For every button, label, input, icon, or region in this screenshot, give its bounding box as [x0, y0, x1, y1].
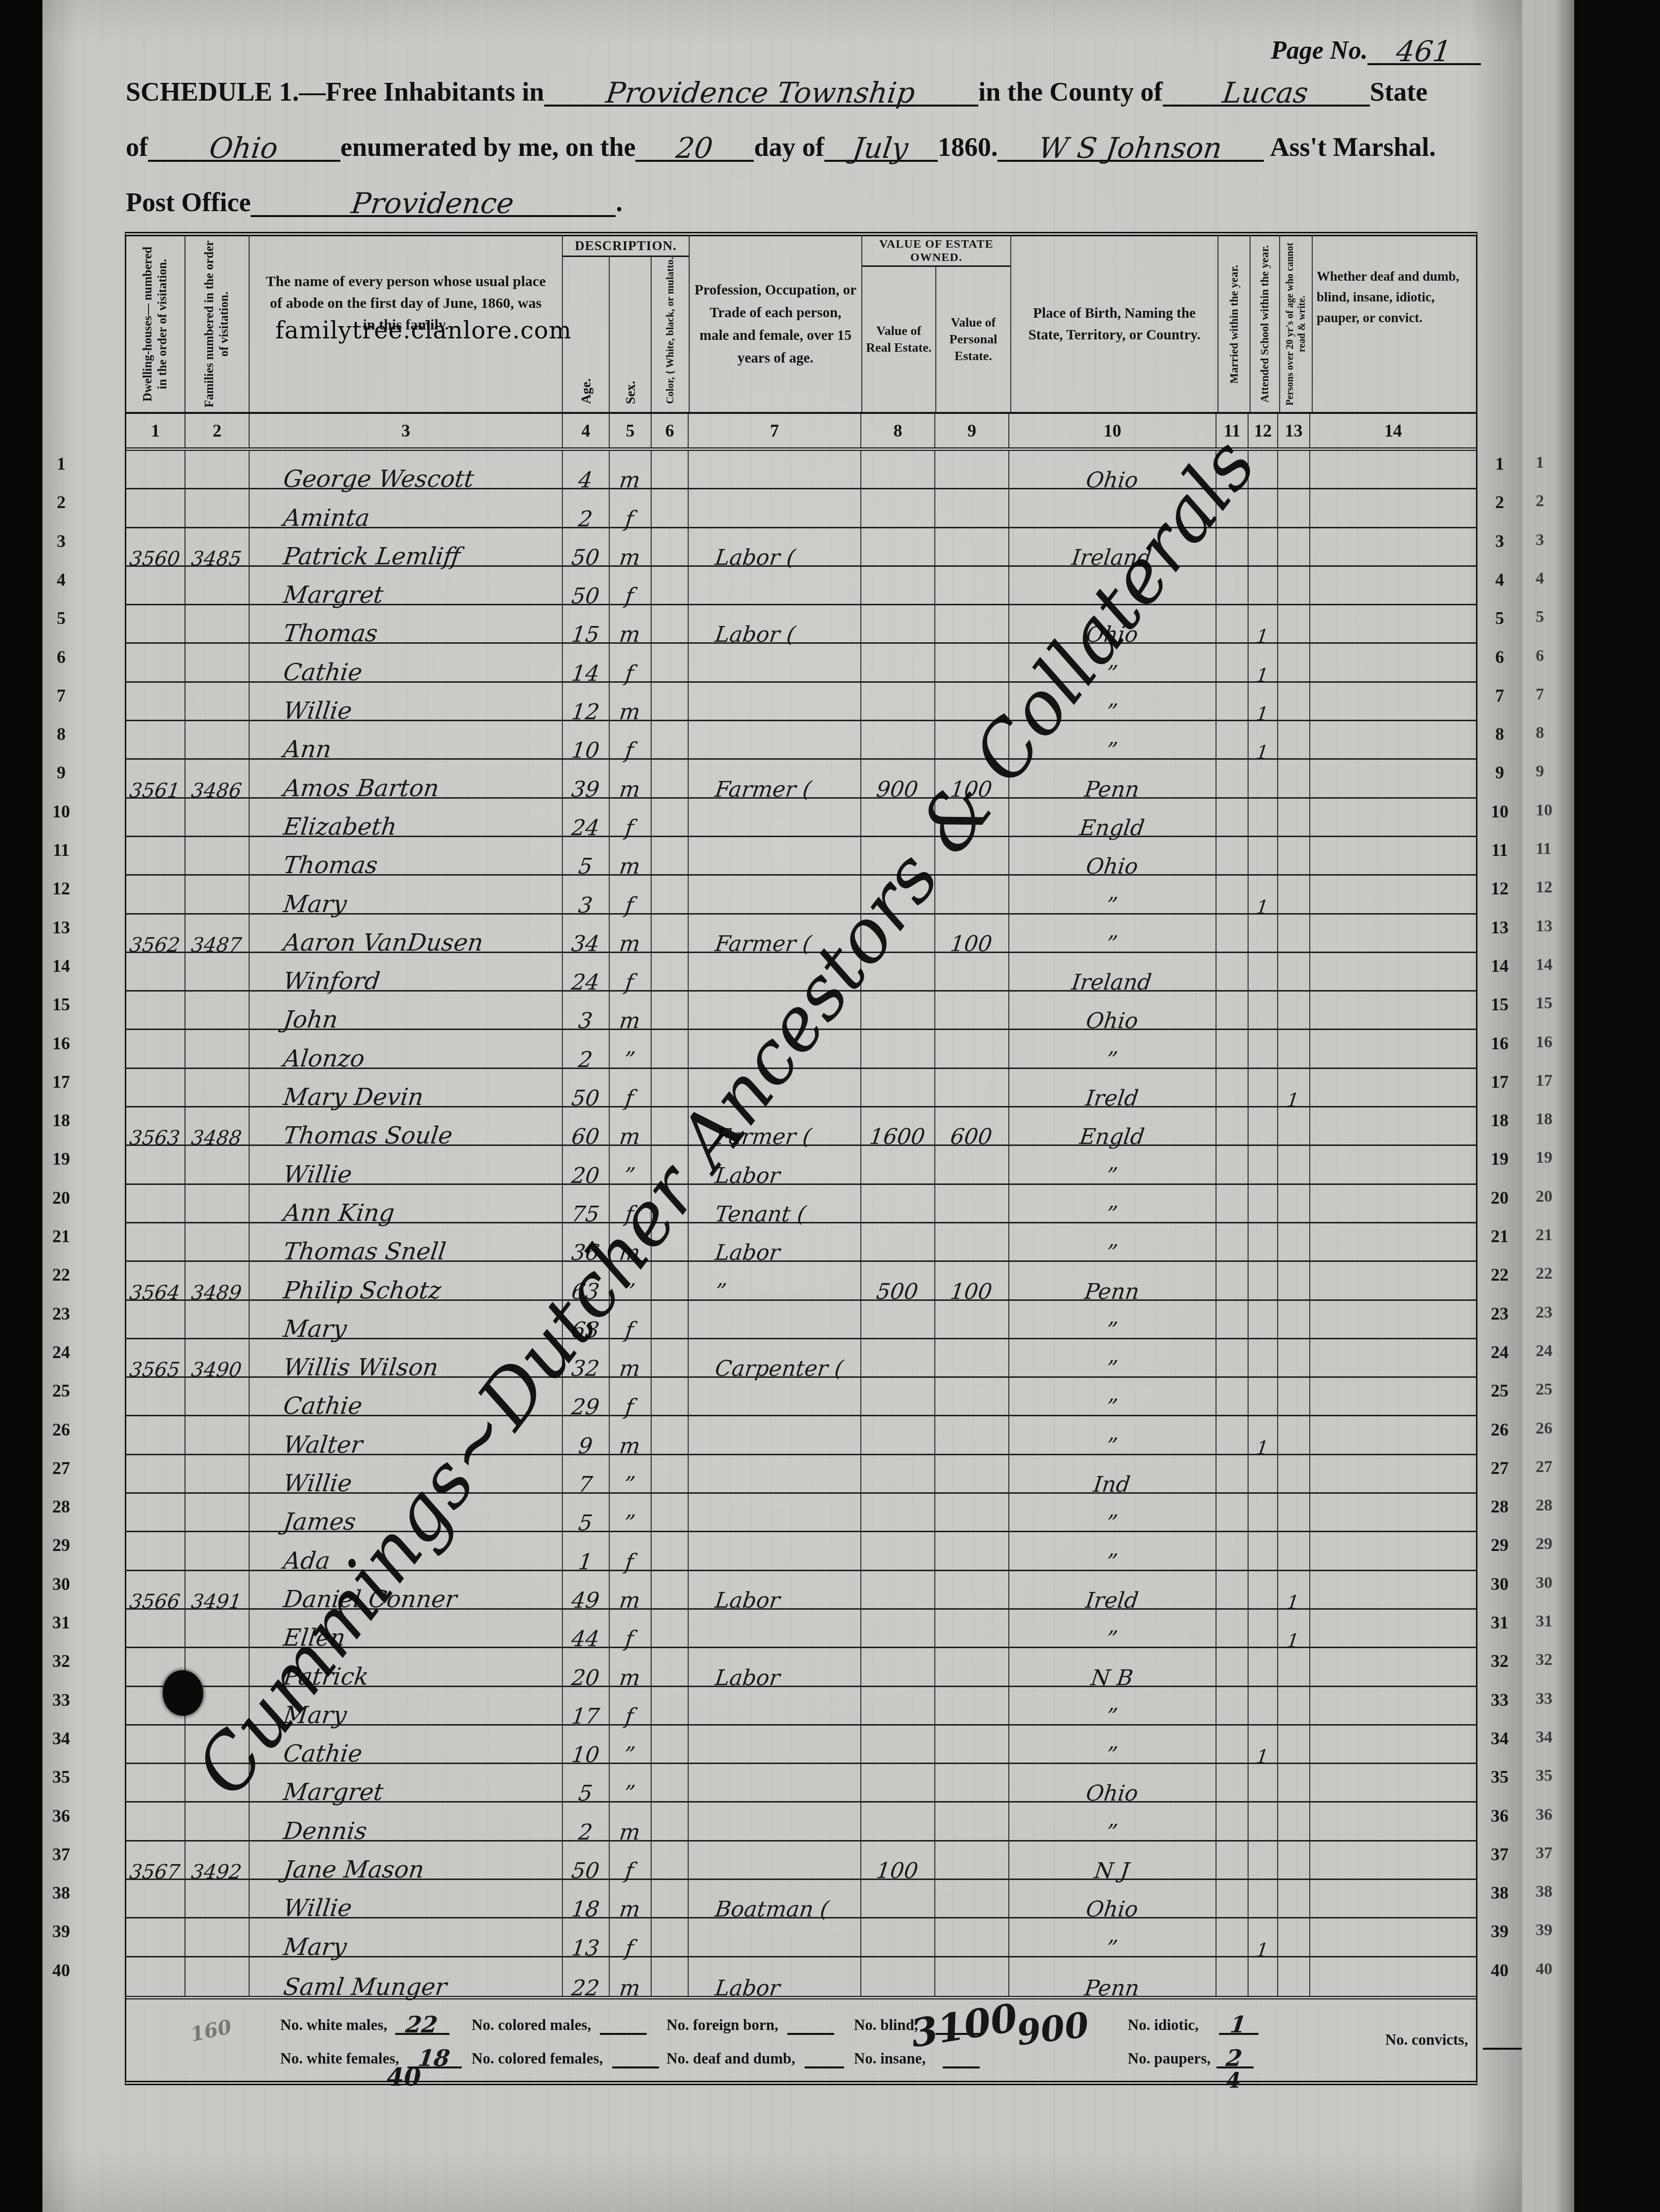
- table-row: Elizabeth24fEngld: [126, 799, 1476, 837]
- state-value: Ohio: [207, 131, 280, 165]
- cell-re: [861, 489, 935, 526]
- cell-sex: m: [610, 1880, 652, 1917]
- description-group-body: Age. Sex. Color, { White, black, or mula…: [563, 257, 689, 412]
- row-number: 40: [1485, 1960, 1514, 1981]
- cell-r: [1278, 605, 1310, 642]
- handwritten-name: Thomas Snell: [282, 1238, 447, 1265]
- cell-rem: [1310, 528, 1476, 565]
- value-group-title: VALUE OF ESTATE OWNED.: [862, 236, 1010, 267]
- row-number: 4: [1536, 569, 1565, 588]
- cell-re: [861, 1648, 935, 1685]
- idiotic-blank: 1: [1219, 2012, 1258, 2035]
- cell-f: 3490: [185, 1339, 250, 1376]
- cell-color: [652, 1842, 689, 1879]
- table-row: Willie7”Ind: [126, 1455, 1476, 1494]
- cell-sex: m: [610, 915, 652, 952]
- cell-rem: [1310, 451, 1476, 488]
- cell-pe: [935, 1494, 1009, 1531]
- cell-rem: [1310, 992, 1476, 1029]
- cell-f: [185, 953, 250, 990]
- cell-birth: ”: [1009, 1223, 1217, 1260]
- row-number: 10: [1485, 801, 1514, 822]
- cell-color: [652, 683, 689, 720]
- row-number: 29: [46, 1535, 76, 1555]
- header-description-group: DESCRIPTION. Age. Sex. Color, { White, b…: [563, 236, 690, 412]
- cell-r: [1278, 1339, 1310, 1376]
- cell-rem: [1310, 1687, 1476, 1724]
- cell-age: 50: [563, 1842, 610, 1879]
- cell-f: [185, 1030, 250, 1067]
- cell-sex: m: [610, 760, 652, 797]
- row-number: 25: [46, 1380, 76, 1401]
- cell-occ: Carpenter (: [689, 1339, 861, 1376]
- cell-s: [1249, 1764, 1278, 1801]
- cell-re: 500: [861, 1262, 935, 1299]
- row-number: 36: [1536, 1806, 1565, 1824]
- cell-f: 3488: [185, 1107, 250, 1144]
- cell-s: [1249, 953, 1278, 990]
- header-sex: Sex.: [610, 257, 652, 412]
- cell-sex: ”: [610, 1726, 652, 1763]
- row-number: 1: [1536, 453, 1565, 472]
- table-row: Willie18mBoatman (Ohio: [126, 1880, 1476, 1918]
- row-number: 13: [1536, 917, 1565, 936]
- row-number: 3: [1536, 531, 1565, 550]
- paupers-label: No. paupers,: [1128, 2050, 1211, 2067]
- cell-d: 3560: [126, 528, 185, 565]
- cell-name: Cathie: [250, 644, 563, 681]
- table-row: Saml Munger22mLaborPenn: [126, 1957, 1476, 1996]
- header-school-label: Attended School within the year.: [1257, 245, 1272, 403]
- cell-birth: Ireld: [1009, 1069, 1217, 1106]
- row-number: 38: [46, 1882, 76, 1903]
- header-read-write-label: Persons over 20 yr's of age who cannot r…: [1284, 240, 1308, 408]
- cell-name: Patrick Lemliff: [250, 528, 563, 565]
- cell-m: [1217, 1880, 1249, 1917]
- cell-sex: f: [610, 876, 652, 913]
- cell-r: [1278, 876, 1310, 913]
- table-footer: No. white males, 22 No. colored males, N…: [126, 1996, 1476, 2081]
- cell-f: [185, 1610, 250, 1647]
- cell-d: [126, 1223, 185, 1260]
- cell-color: [652, 1687, 689, 1724]
- cell-s: [1249, 1803, 1278, 1840]
- cell-s: 1: [1249, 1416, 1278, 1453]
- handwritten-name: Aminta: [282, 504, 371, 532]
- cell-pe: [935, 451, 1009, 488]
- cell-pe: [935, 1880, 1009, 1917]
- cell-rem: [1310, 1262, 1476, 1299]
- cell-s: [1249, 567, 1278, 604]
- cell-m: [1217, 1610, 1249, 1647]
- header-personal-estate: Value of Personal Estate.: [936, 267, 1010, 412]
- marshal-signature: W S Johnson: [1036, 131, 1223, 165]
- cell-birth: Penn: [1009, 1262, 1217, 1299]
- idiotic-mark: 1: [1228, 2011, 1248, 2038]
- page-number-block: Page No. 461: [1271, 31, 1481, 65]
- cell-r: [1278, 1494, 1310, 1531]
- cell-age: 50: [563, 528, 610, 565]
- cell-sex: f: [610, 953, 652, 990]
- header-birth: Place of Birth, Naming the State, Territ…: [1011, 236, 1218, 412]
- row-number: 27: [46, 1458, 76, 1478]
- cell-m: [1217, 1185, 1249, 1222]
- cell-s: [1249, 915, 1278, 952]
- cell-color: [652, 760, 689, 797]
- cell-color: [652, 1532, 689, 1569]
- cell-color: [652, 1803, 689, 1840]
- cell-rem: [1310, 1610, 1476, 1647]
- header-color-label: Color, { White, black, or mulatto.: [664, 257, 676, 404]
- cell-s: [1249, 760, 1278, 797]
- cell-m: [1217, 799, 1249, 836]
- cell-d: 3564: [126, 1262, 185, 1299]
- cell-r: [1278, 1146, 1310, 1183]
- cell-rem: [1310, 1378, 1476, 1415]
- deaf-dumb-blank: [805, 2046, 844, 2068]
- cell-s: [1249, 992, 1278, 1029]
- handwritten-name: Elizabeth: [282, 813, 398, 841]
- row-number: 19: [46, 1148, 76, 1169]
- of-word: of: [126, 132, 148, 162]
- cell-color: [652, 953, 689, 990]
- cell-pe: [935, 1726, 1009, 1763]
- cell-r: [1278, 915, 1310, 952]
- column-number: 10: [1009, 414, 1217, 447]
- cell-r: [1278, 953, 1310, 990]
- cell-age: 39: [563, 760, 610, 797]
- table-row: Margret5”Ohio: [126, 1764, 1476, 1803]
- row-number: 21: [1536, 1226, 1565, 1245]
- row-number: 4: [1485, 569, 1514, 590]
- handwritten-name: Ann: [282, 736, 332, 763]
- row-number: 26: [1485, 1419, 1514, 1440]
- handwritten-name: Mary: [282, 890, 348, 918]
- table-row: Mary3f”1: [126, 876, 1476, 914]
- cell-r: [1278, 683, 1310, 720]
- extra-mark: 4: [1226, 2068, 1241, 2093]
- cell-re: [861, 1455, 935, 1492]
- cell-birth: Ireld: [1009, 1571, 1217, 1608]
- cell-pe: [935, 567, 1009, 604]
- cell-re: [861, 1764, 935, 1801]
- white-males-blank: 22: [395, 2012, 449, 2035]
- header-school: Attended School within the year.: [1251, 236, 1280, 412]
- adjacent-page-edge: 1234567891011121314151617181920212223242…: [1522, 0, 1577, 2212]
- cell-name: Alonzo: [250, 1030, 563, 1067]
- cell-birth: ”: [1009, 1803, 1217, 1840]
- cell-age: 2: [563, 1030, 610, 1067]
- cell-r: [1278, 567, 1310, 604]
- idiotic-label: No. idiotic,: [1128, 2016, 1199, 2034]
- cell-rem: [1310, 1146, 1476, 1183]
- row-number: 22: [1485, 1264, 1514, 1285]
- marshal-signature-blank: W S Johnson: [997, 129, 1264, 162]
- cell-s: [1249, 1532, 1278, 1569]
- cell-occ: [689, 1726, 861, 1763]
- colored-females-label: No. colored females,: [472, 2050, 603, 2067]
- cell-color: [652, 1957, 689, 1996]
- county-label: in the County of: [978, 77, 1163, 107]
- cell-m: [1217, 1339, 1249, 1376]
- cell-d: [126, 644, 185, 681]
- cell-sex: m: [610, 1416, 652, 1453]
- row-number: 28: [46, 1496, 76, 1517]
- cell-r: [1278, 1648, 1310, 1685]
- cell-pe: 100: [935, 915, 1009, 952]
- handwritten-name: Winford: [282, 967, 381, 995]
- cell-f: [185, 1146, 250, 1183]
- cell-f: [185, 1918, 250, 1955]
- row-number: 31: [1536, 1612, 1565, 1631]
- cell-f: [185, 837, 250, 874]
- paupers-mark: 2: [1225, 2045, 1244, 2071]
- cell-name: Mary: [250, 876, 563, 913]
- cell-age: 20: [563, 1146, 610, 1183]
- cell-s: [1249, 1301, 1278, 1338]
- cell-age: 10: [563, 1726, 610, 1763]
- row-number: 10: [46, 801, 76, 822]
- cell-sex: f: [610, 1069, 652, 1106]
- cell-name: Ann King: [250, 1185, 563, 1222]
- schedule-title: SCHEDULE 1.—Free Inhabitants in: [126, 77, 544, 107]
- row-number: 8: [46, 724, 76, 744]
- cell-age: 50: [563, 1069, 610, 1106]
- table-body: George Wescott4mOhioAminta2f35603485Patr…: [126, 451, 1476, 1996]
- cell-age: 2: [563, 489, 610, 526]
- cell-color: [652, 1571, 689, 1608]
- row-number: 9: [1536, 762, 1565, 781]
- column-number: 13: [1278, 414, 1310, 447]
- cell-birth: Ind: [1009, 1455, 1217, 1492]
- cell-f: [185, 1301, 250, 1338]
- row-number: 30: [1485, 1574, 1514, 1594]
- cell-name: Ann: [250, 721, 563, 758]
- row-number: 13: [1485, 917, 1514, 938]
- cell-r: [1278, 489, 1310, 526]
- cell-occ: Farmer (: [689, 760, 861, 797]
- cell-m: [1217, 721, 1249, 758]
- cell-s: 1: [1249, 683, 1278, 720]
- handwritten-name: Mary: [282, 1933, 348, 1961]
- cell-d: [126, 1378, 185, 1415]
- cell-rem: [1310, 1494, 1476, 1531]
- value-group-body: Value of Real Estate. Value of Personal …: [862, 267, 1010, 412]
- cell-m: [1217, 1957, 1249, 1996]
- cell-sex: m: [610, 1957, 652, 1996]
- pencil-mark: 160: [188, 2015, 233, 2046]
- cell-d: [126, 837, 185, 874]
- row-number: 39: [1536, 1921, 1565, 1940]
- cell-sex: f: [610, 1918, 652, 1955]
- cell-s: [1249, 1957, 1278, 1996]
- row-number: 35: [46, 1767, 76, 1787]
- cell-pe: [935, 528, 1009, 565]
- cell-d: [126, 1494, 185, 1531]
- day-blank: 20: [635, 129, 754, 162]
- cell-pe: [935, 1069, 1009, 1106]
- cell-rem: [1310, 876, 1476, 913]
- cell-color: [652, 489, 689, 526]
- cell-age: 15: [563, 605, 610, 642]
- cell-age: 10: [563, 721, 610, 758]
- cell-r: [1278, 528, 1310, 565]
- cell-color: [652, 605, 689, 642]
- cell-re: [861, 1223, 935, 1260]
- row-number: 2: [1536, 492, 1565, 511]
- white-females-label: No. white females,: [280, 2050, 399, 2067]
- cell-pe: [935, 1687, 1009, 1724]
- cell-s: 1: [1249, 644, 1278, 681]
- cell-occ: [689, 683, 861, 720]
- convicts-blank: [1483, 2027, 1522, 2050]
- cell-pe: [935, 644, 1009, 681]
- cell-rem: [1310, 760, 1476, 797]
- cell-re: [861, 1610, 935, 1647]
- cell-birth: Engld: [1009, 1107, 1217, 1144]
- cell-age: 14: [563, 644, 610, 681]
- cell-f: [185, 1185, 250, 1222]
- row-number: 2: [46, 492, 76, 513]
- row-number: 23: [46, 1303, 76, 1324]
- cell-f: [185, 992, 250, 1029]
- row-number: 24: [1485, 1342, 1514, 1363]
- cell-birth: ”: [1009, 1726, 1217, 1763]
- cell-occ: Labor: [689, 1571, 861, 1608]
- cell-occ: Labor: [689, 1957, 861, 1996]
- handwritten-name: Margret: [282, 581, 385, 609]
- cell-r: [1278, 1378, 1310, 1415]
- cell-re: [861, 1494, 935, 1531]
- cell-pe: [935, 1301, 1009, 1338]
- cell-rem: [1310, 1957, 1476, 1996]
- cell-m: [1217, 1726, 1249, 1763]
- post-office-value: Providence: [350, 186, 516, 220]
- cell-name: Margret: [250, 567, 563, 604]
- cell-age: 2: [563, 1803, 610, 1840]
- census-page: Page No. 461 SCHEDULE 1.—Free Inhabitant…: [42, 0, 1522, 2212]
- cell-name: Saml Munger: [250, 1957, 563, 1996]
- cell-age: 17: [563, 1687, 610, 1724]
- cell-occ: [689, 567, 861, 604]
- cell-rem: [1310, 1030, 1476, 1067]
- cell-name: Thomas: [250, 837, 563, 874]
- header-profession: Profession, Occupation, or Trade of each…: [690, 236, 862, 412]
- cell-d: [126, 953, 185, 990]
- row-number: 7: [46, 685, 76, 706]
- cell-r: [1278, 1764, 1310, 1801]
- row-number: 20: [46, 1187, 76, 1208]
- cell-rem: [1310, 1842, 1476, 1879]
- cell-color: [652, 1339, 689, 1376]
- cell-birth: ”: [1009, 1378, 1217, 1415]
- cell-color: [652, 528, 689, 565]
- handwritten-name: John: [282, 1006, 339, 1033]
- table-row: 35673492Jane Mason50f100N J: [126, 1842, 1476, 1880]
- cell-f: [185, 683, 250, 720]
- handwritten-name: Willis Wilson: [282, 1354, 440, 1381]
- cell-birth: ”: [1009, 1416, 1217, 1453]
- cell-f: [185, 1957, 250, 1996]
- cell-re: [861, 1301, 935, 1338]
- cell-r: [1278, 760, 1310, 797]
- cell-m: [1217, 644, 1249, 681]
- row-number: 2: [1485, 492, 1514, 513]
- header-age-label: Age.: [579, 378, 593, 404]
- cell-rem: [1310, 1571, 1476, 1608]
- township-value: Providence Township: [604, 76, 917, 110]
- cell-rem: [1310, 1069, 1476, 1106]
- cell-age: 49: [563, 1571, 610, 1608]
- cell-d: [126, 567, 185, 604]
- cell-m: [1217, 876, 1249, 913]
- handwritten-name: Cathie: [282, 659, 364, 686]
- cell-rem: [1310, 1339, 1476, 1376]
- cell-age: 60: [563, 1107, 610, 1144]
- row-number: 1: [1485, 453, 1514, 474]
- handwritten-name: Dennis: [282, 1817, 369, 1845]
- cell-sex: m: [610, 683, 652, 720]
- cell-r: 1: [1278, 1069, 1310, 1106]
- enumeration-line: of Ohio enumerated by me, on the 20 day …: [126, 129, 1436, 162]
- cell-m: [1217, 1842, 1249, 1879]
- cell-re: [861, 1339, 935, 1376]
- cell-r: [1278, 1803, 1310, 1840]
- cell-pe: [935, 1842, 1009, 1879]
- cell-s: [1249, 1610, 1278, 1647]
- cell-d: [126, 683, 185, 720]
- row-number: 11: [1536, 840, 1565, 858]
- cell-r: [1278, 1880, 1310, 1917]
- cell-sex: f: [610, 644, 652, 681]
- cell-d: [126, 451, 185, 488]
- row-number: 22: [1536, 1264, 1565, 1283]
- cell-pe: [935, 1764, 1009, 1801]
- cell-name: Thomas: [250, 605, 563, 642]
- post-office-label: Post Office: [126, 187, 251, 217]
- cell-occ: [689, 1842, 861, 1879]
- white-females-value: 18: [416, 2045, 451, 2071]
- cell-pe: [935, 1378, 1009, 1415]
- census-table: Dwelling-houses— numbered in the order o…: [125, 232, 1477, 2085]
- cell-name: Philip Schotz: [250, 1262, 563, 1299]
- cell-d: [126, 605, 185, 642]
- cell-m: [1217, 683, 1249, 720]
- cell-rem: [1310, 489, 1476, 526]
- cell-birth: N B: [1009, 1648, 1217, 1685]
- row-number: 9: [46, 762, 76, 783]
- cell-pe: [935, 1571, 1009, 1608]
- cell-birth: Ohio: [1009, 1764, 1217, 1801]
- cell-name: John: [250, 992, 563, 1029]
- cell-birth: N J: [1009, 1842, 1217, 1879]
- row-number: 39: [46, 1921, 76, 1942]
- cell-m: [1217, 953, 1249, 990]
- cell-pe: [935, 489, 1009, 526]
- cell-m: [1217, 567, 1249, 604]
- cell-r: [1278, 1532, 1310, 1569]
- row-number: 20: [1485, 1187, 1514, 1208]
- cell-re: [861, 1687, 935, 1724]
- row-number: 6: [46, 647, 76, 667]
- cell-r: [1278, 721, 1310, 758]
- cell-r: [1278, 799, 1310, 836]
- row-number: 11: [46, 840, 76, 860]
- page-number-value: 461: [1395, 35, 1453, 68]
- cell-re: [861, 1918, 935, 1955]
- cell-birth: Ohio: [1009, 837, 1217, 874]
- row-number: 28: [1485, 1496, 1514, 1517]
